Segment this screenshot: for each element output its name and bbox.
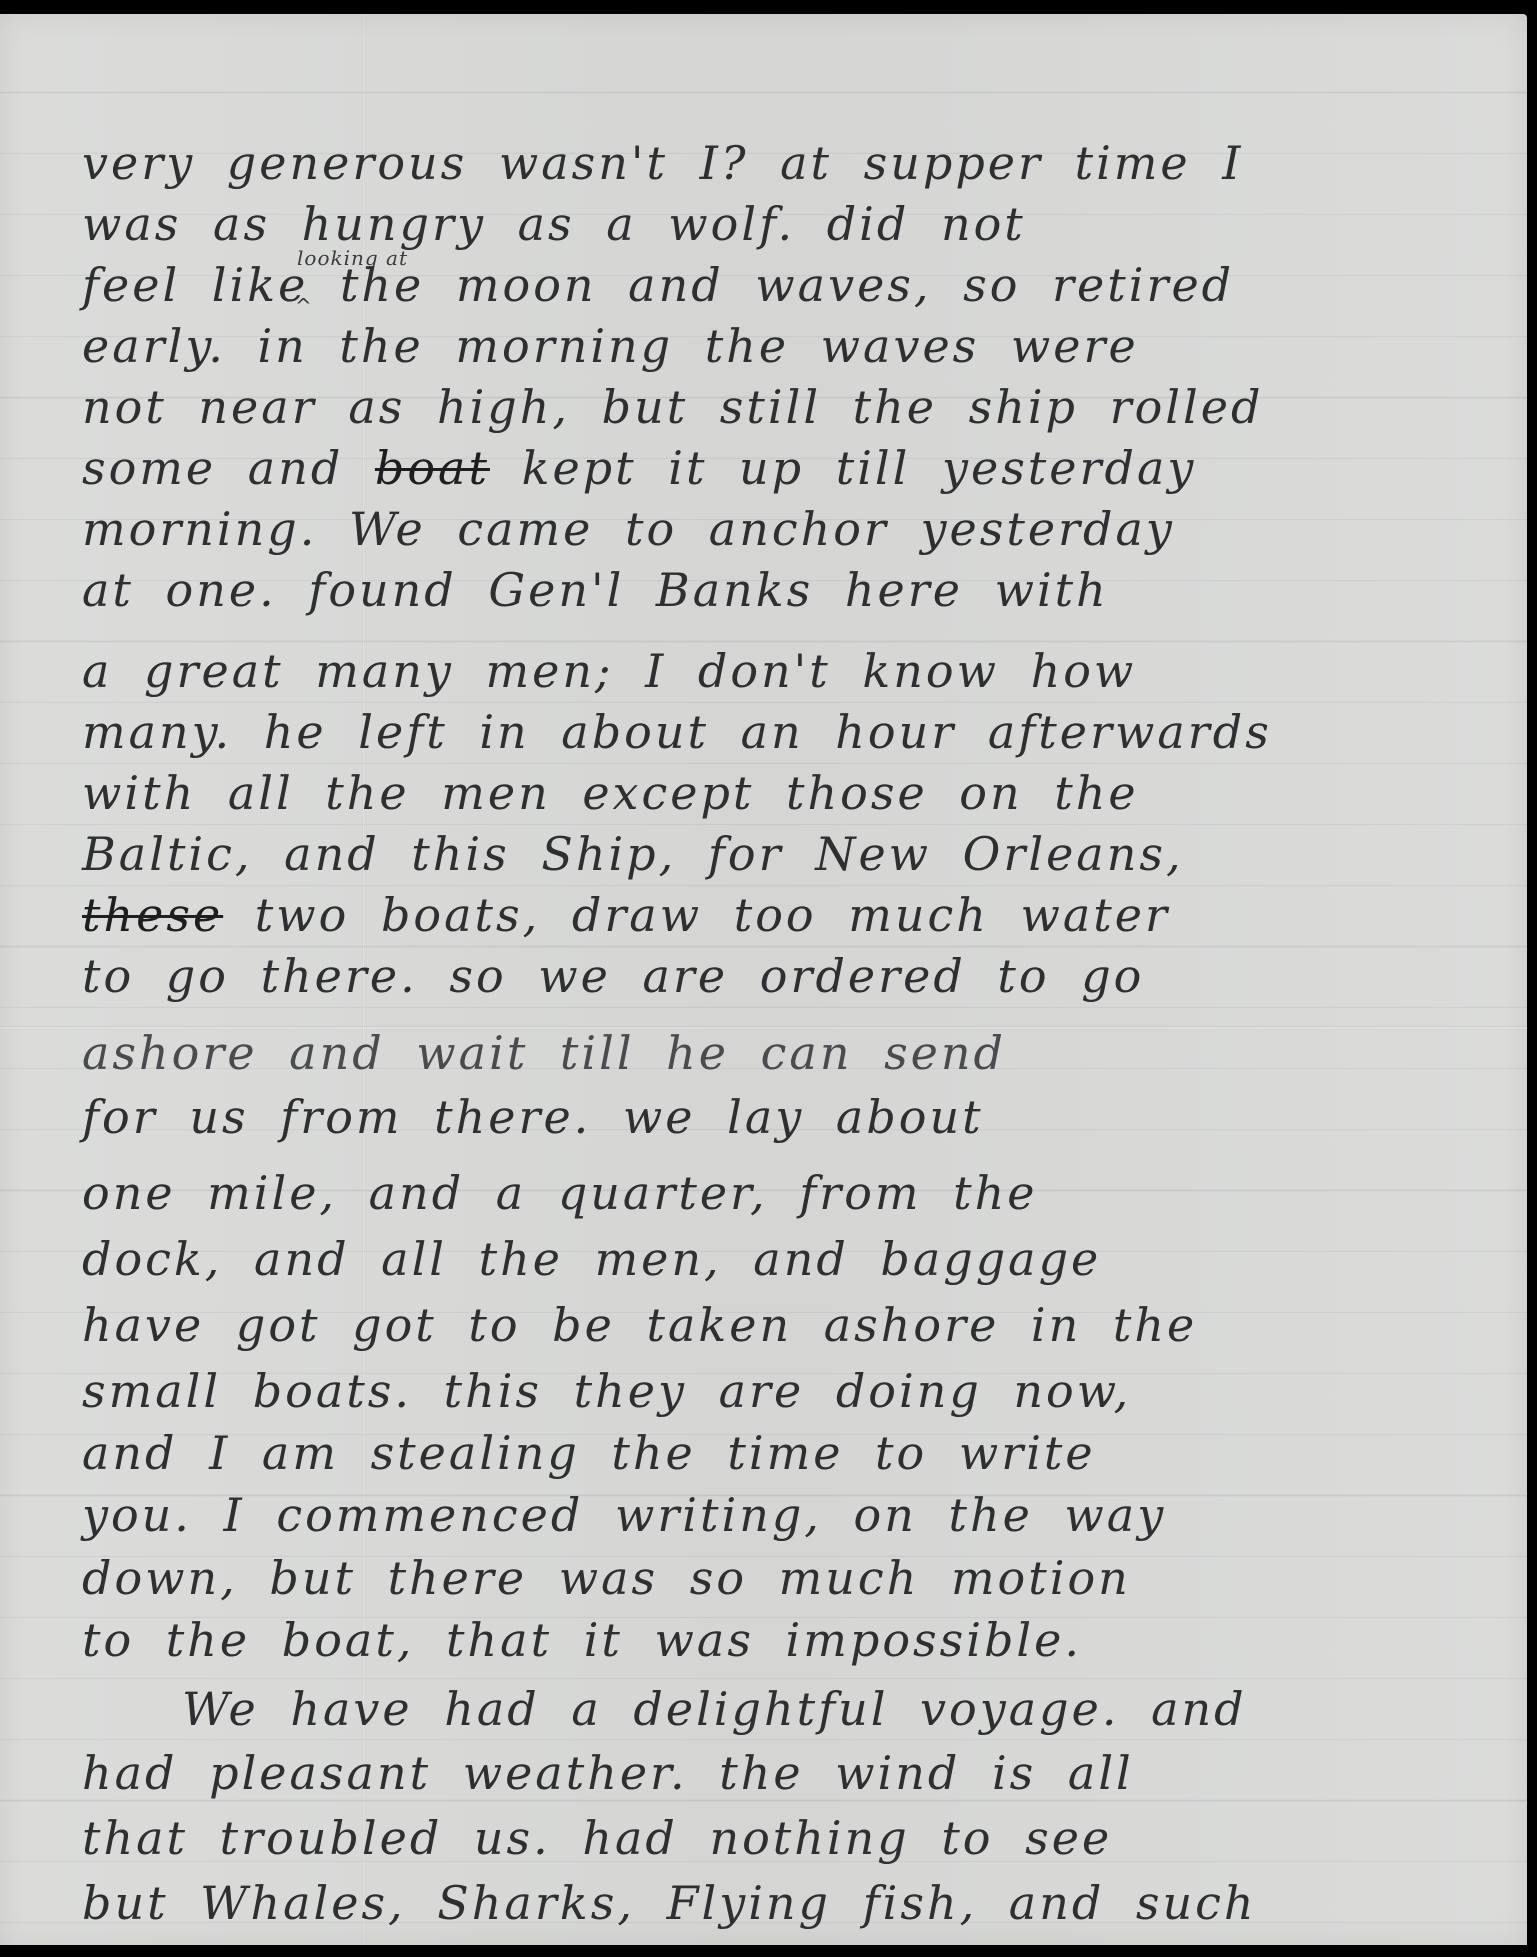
text-line-7: morning. We came to anchor yesterday: [82, 500, 1175, 558]
text-line-26: had pleasant weather. the wind is all: [82, 1744, 1134, 1802]
text-line-15: ashore and wait till he can send: [82, 1024, 1006, 1082]
text-line-16: for us from there. we lay about: [82, 1088, 984, 1146]
line-text-before: some and: [82, 441, 375, 495]
text-line-3: feel like the moon and waves, so retired: [82, 256, 1234, 314]
text-line-21: and I am stealing the time to write: [82, 1424, 1096, 1482]
text-line-5: not near as high, but still the ship rol…: [82, 378, 1263, 436]
text-line-17: one mile, and a quarter, from the: [82, 1164, 1038, 1222]
text-line-22: you. I commenced writing, on the way: [82, 1486, 1166, 1544]
text-line-25: We have had a delightful voyage. and: [182, 1680, 1247, 1738]
text-line-24: to the boat, that it was impossible.: [82, 1611, 1082, 1669]
text-line-1: very generous wasn't I? at supper time I: [82, 134, 1243, 192]
text-line-23: down, but there was so much motion: [82, 1549, 1131, 1607]
text-line-27: that troubled us. had nothing to see: [82, 1809, 1112, 1867]
text-line-13: these two boats, draw too much water: [82, 886, 1170, 944]
text-line-20: small boats. this they are doing now,: [82, 1362, 1131, 1420]
text-line-8: at one. found Gen'l Banks here with: [82, 561, 1109, 619]
text-line-9: a great many men; I don't know how: [82, 642, 1136, 700]
line-text-after: kept it up till yesterday: [490, 441, 1196, 495]
text-line-2: was as hungry as a wolf. did not: [82, 195, 1026, 253]
text-line-14: to go there. so we are ordered to go: [82, 947, 1144, 1005]
struck-out-word: boat: [375, 441, 490, 495]
text-line-19: have got got to be taken ashore in the: [82, 1296, 1197, 1354]
struck-out-word: these: [82, 888, 223, 942]
text-line-4: early. in the morning the waves were: [82, 317, 1139, 375]
text-line-10: many. he left in about an hour afterward…: [82, 703, 1272, 761]
text-line-11: with all the men except those on the: [82, 764, 1139, 822]
text-line-18: dock, and all the men, and baggage: [82, 1230, 1101, 1288]
text-line-12: Baltic, and this Ship, for New Orleans,: [82, 825, 1184, 883]
text-line-6: some and boat kept it up till yesterday: [82, 439, 1196, 497]
line-text-after: two boats, draw too much water: [223, 888, 1170, 942]
text-line-28: but Whales, Sharks, Flying fish, and suc…: [82, 1874, 1257, 1932]
letter-page: very generous wasn't I? at supper time I…: [0, 14, 1527, 1945]
